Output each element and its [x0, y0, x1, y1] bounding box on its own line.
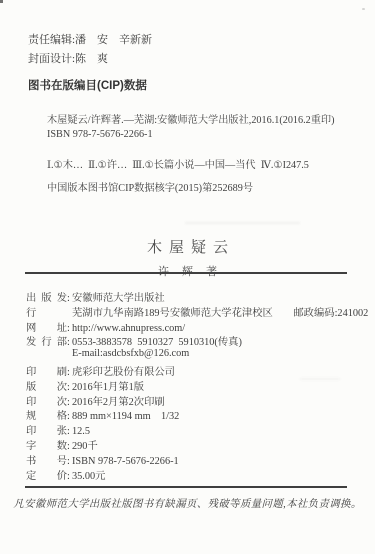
publication-info-block: 出版发行:安徽师范大学出版社 芜湖市九华南路189号安徽师范大学花津校区 邮政编… [26, 289, 356, 481]
cover-designer-credit-line: 封面设计:陈 爽 [28, 50, 152, 69]
cip-heading: 图书在版编目(CIP)数据 [28, 77, 147, 93]
pub-row-publisher: 出版发行:安徽师范大学出版社 [26, 289, 356, 304]
pub-label: 印刷 [26, 363, 67, 378]
pub-value: 290千 [72, 437, 98, 452]
pub-row-price: 定价:35.00元 [26, 467, 356, 482]
scan-smudge [185, 222, 300, 224]
pub-label: 版次 [26, 378, 67, 393]
credits-block: 责任编辑:潘 安 辛新新 封面设计:陈 爽 [28, 31, 152, 69]
cip-classification: Ⅰ.①木… Ⅱ.①许… Ⅲ.①长篇小说—中国—当代 Ⅳ.①I247.5 [47, 156, 309, 171]
pub-value: 虎彩印艺股份有限公司 [72, 363, 175, 378]
pub-row-printing: 印次:2016年2月第2次印刷 [26, 393, 356, 408]
pub-value: E-mail:asdcbsfxb@126.com [72, 348, 189, 359]
pub-row-address: 芜湖市九华南路189号安徽师范大学花津校区 邮政编码:241002 [26, 304, 356, 319]
pub-row-website: 网址:http://www.ahnupress.com/ [26, 319, 356, 334]
scan-speck [362, 8, 365, 10]
pub-row-format: 规格:889 mm×1194 mm 1/32 [26, 407, 356, 422]
pub-label: 印张 [26, 422, 67, 437]
pub-value: ISBN 978-7-5676-2266-1 [72, 456, 179, 467]
pub-row-isbn: 书号:ISBN 978-7-5676-2266-1 [26, 452, 356, 467]
pub-label: 书号 [26, 452, 67, 467]
quality-notice: 凡安徽师范大学出版社版图书有缺漏页、残破等质量问题,本社负责调换。 [0, 495, 375, 510]
pub-label: 定价 [26, 467, 67, 482]
pub-value: 12.5 [72, 426, 90, 437]
cip-description: 木屋疑云/许辉著.—芜湖:安徽师范大学出版社,2016.1(2016.2重印) [47, 111, 335, 126]
pub-row-wordcount: 字数:290千 [26, 437, 356, 452]
pub-value: 芜湖市九华南路189号安徽师范大学花津校区 邮政编码:241002 [72, 304, 368, 319]
pub-value: 0553-3883578 5910327 5910310(传真) [72, 333, 242, 348]
pub-row-sheets: 印张:12.5 [26, 422, 356, 437]
pub-label: 印次 [26, 393, 67, 408]
pub-value: 安徽师范大学出版社 [72, 289, 165, 304]
pub-label: 发行部 [26, 333, 67, 348]
editor-credit-line: 责任编辑:潘 安 辛新新 [28, 31, 152, 50]
cip-isbn: ISBN 978-7-5676-2266-1 [47, 129, 153, 140]
pub-row-edition: 版次:2016年1月第1版 [26, 378, 356, 393]
pub-value: 2016年2月第2次印刷 [72, 393, 165, 408]
title-divider-rule [25, 272, 347, 274]
pub-value: 2016年1月第1版 [72, 378, 144, 393]
pub-label: 字数 [26, 437, 67, 452]
pub-value: 35.00元 [72, 467, 105, 482]
pub-value: http://www.ahnupress.com/ [72, 323, 185, 334]
book-copyright-page: 责任编辑:潘 安 辛新新 封面设计:陈 爽 图书在版编目(CIP)数据 木屋疑云… [0, 0, 375, 554]
pub-row-distribution: 发行部:0553-3883578 5910327 5910310(传真) [26, 333, 356, 348]
scan-speck [0, 0, 3, 3]
pub-row-printer: 印刷:虎彩印艺股份有限公司 [26, 363, 356, 378]
footer-divider-rule [25, 486, 347, 488]
book-title: 木屋疑云 [0, 236, 375, 257]
cip-record-number: 中国版本图书馆CIP数据核字(2015)第252689号 [47, 179, 253, 194]
pub-label: 规格 [26, 407, 67, 422]
pub-row-email: E-mail:asdcbsfxb@126.com [26, 348, 356, 363]
pub-label: 网址 [26, 319, 67, 334]
pub-value: 889 mm×1194 mm 1/32 [72, 407, 179, 422]
book-author: 许辉著 [0, 263, 375, 279]
pub-label: 出版发行 [26, 289, 67, 319]
